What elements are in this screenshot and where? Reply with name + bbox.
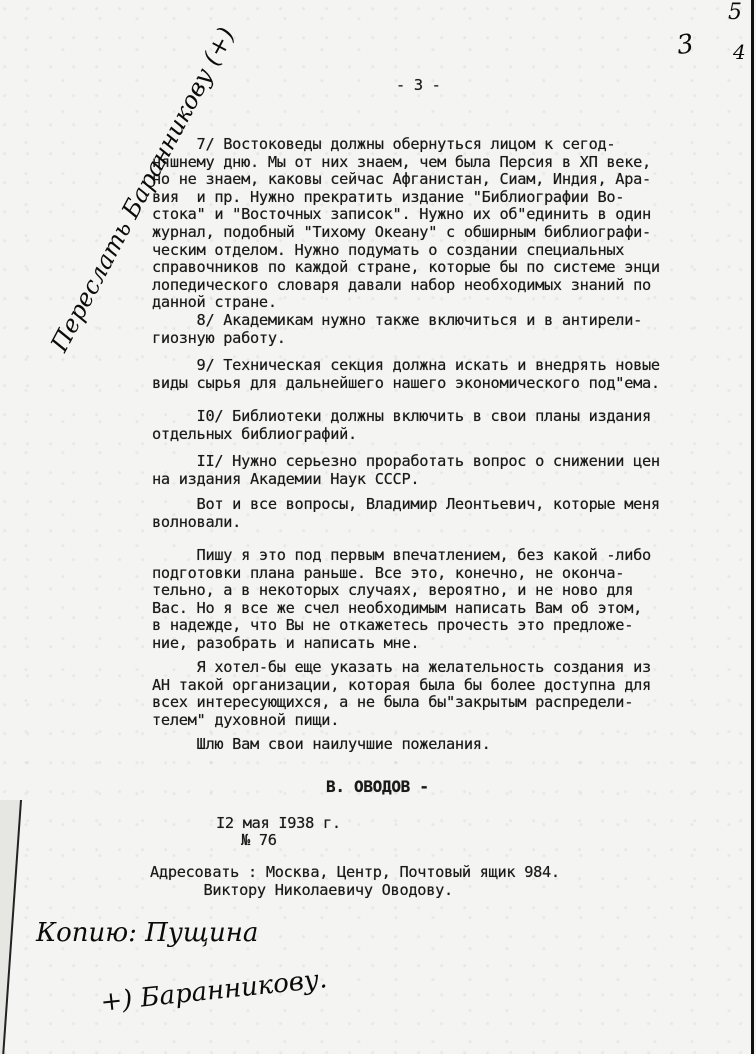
- paragraph-best-wishes: Шлю Вам свои наилучшие пожелания.: [152, 736, 491, 754]
- line: в надежде, что Вы не откажетесь прочесть…: [152, 616, 633, 634]
- paragraph-10: I0/ Библиотеки должны включить в свои пл…: [152, 408, 651, 443]
- line: на издания Академии Наук СССР.: [152, 470, 419, 488]
- line: Я хотел-бы еще указать на желательность …: [152, 658, 651, 676]
- signature: В. ОВОДОВ -: [326, 778, 429, 796]
- line: Вас. Но я все же счел необходимым написа…: [152, 599, 642, 617]
- address-line: Виктору Николаевичу Оводову.: [150, 881, 453, 899]
- line: II/ Нужно серьезно проработать вопрос о …: [152, 452, 660, 470]
- line: виды сырья для дальнейшего нашего эконом…: [152, 374, 660, 392]
- paragraph-closing-questions: Вот и все вопросы, Владимир Леонтьевич, …: [152, 496, 660, 531]
- line: вия и пр. Нужно прекратить издание "Библ…: [152, 188, 624, 206]
- handwritten-folio-right: 4: [733, 40, 746, 64]
- page-edge-border: [751, 0, 754, 1054]
- line: АН такой организации, которая была бы бо…: [152, 676, 651, 694]
- letter-number: № 76: [241, 832, 277, 850]
- paragraph-9: 9/ Техническая секция должна искать и вн…: [152, 357, 660, 392]
- line: справочников по каждой стране, которые б…: [152, 258, 660, 276]
- page-number: - 3 -: [396, 77, 441, 95]
- handwritten-folio-top-right: 5: [728, 0, 742, 25]
- paragraph-11: II/ Нужно серьезно проработать вопрос о …: [152, 453, 660, 488]
- line: ческим отделом. Нужно подумать о создани…: [152, 241, 624, 259]
- line: тельно, а в некоторых случаях, вероятно,…: [152, 581, 633, 599]
- line: но не знаем, каковы сейчас Афганистан, С…: [152, 170, 651, 188]
- line: 9/ Техническая секция должна искать и вн…: [152, 356, 660, 374]
- line: стока" и "Восточных записок". Нужно их о…: [152, 205, 651, 223]
- line: Пишу я это под первым впечатлением, без …: [152, 546, 651, 564]
- line: 8/ Академикам нужно также включиться и в…: [152, 311, 642, 329]
- page-left-edge: [0, 800, 22, 1054]
- scanned-letter-page: - 3 - 7/ Востоковеды должны обернуться л…: [0, 0, 756, 1054]
- handwritten-copy-note: Копию: Пущина: [36, 918, 258, 948]
- line: няшнему дню. Мы от них знаем, чем была П…: [152, 153, 651, 171]
- line: I0/ Библиотеки должны включить в свои пл…: [152, 407, 651, 425]
- line: телем" духовной пищи.: [152, 711, 339, 729]
- line: волновали.: [152, 513, 241, 531]
- line: лопедического словаря давали набор необх…: [152, 276, 651, 294]
- handwritten-folio-number: 3: [675, 29, 696, 61]
- line: подготовки плана раньше. Все это, конечн…: [152, 564, 624, 582]
- line: ние, разобрать и написать мне.: [152, 634, 419, 652]
- paragraph-first-impression: Пишу я это под первым впечатлением, без …: [152, 547, 651, 653]
- line: всех интересующихся, а не была бы"закрыт…: [152, 693, 633, 711]
- paragraph-7: 7/ Востоковеды должны обернуться лицом к…: [152, 136, 660, 312]
- line: отдельных библиографий.: [152, 425, 357, 443]
- line: Вот и все вопросы, Владимир Леонтьевич, …: [152, 495, 660, 513]
- line: Шлю Вам свои наилучшие пожелания.: [152, 735, 491, 753]
- return-address: Адресовать : Москва, Центр, Почтовый ящи…: [150, 864, 560, 899]
- line: журнал, подобный "Тихому Океану" с обшир…: [152, 223, 651, 241]
- letter-date: I2 мая I938 г.: [216, 815, 341, 833]
- line: гиозную работу.: [152, 329, 286, 347]
- line: 7/ Востоковеды должны обернуться лицом к…: [152, 135, 615, 153]
- handwritten-recipient-note: +) Баранникову.: [99, 964, 328, 1018]
- paragraph-8: 8/ Академикам нужно также включиться и в…: [152, 312, 642, 347]
- line: данной стране.: [152, 293, 277, 311]
- paragraph-organization-wish: Я хотел-бы еще указать на желательность …: [152, 659, 651, 729]
- address-line: Адресовать : Москва, Центр, Почтовый ящи…: [150, 863, 560, 881]
